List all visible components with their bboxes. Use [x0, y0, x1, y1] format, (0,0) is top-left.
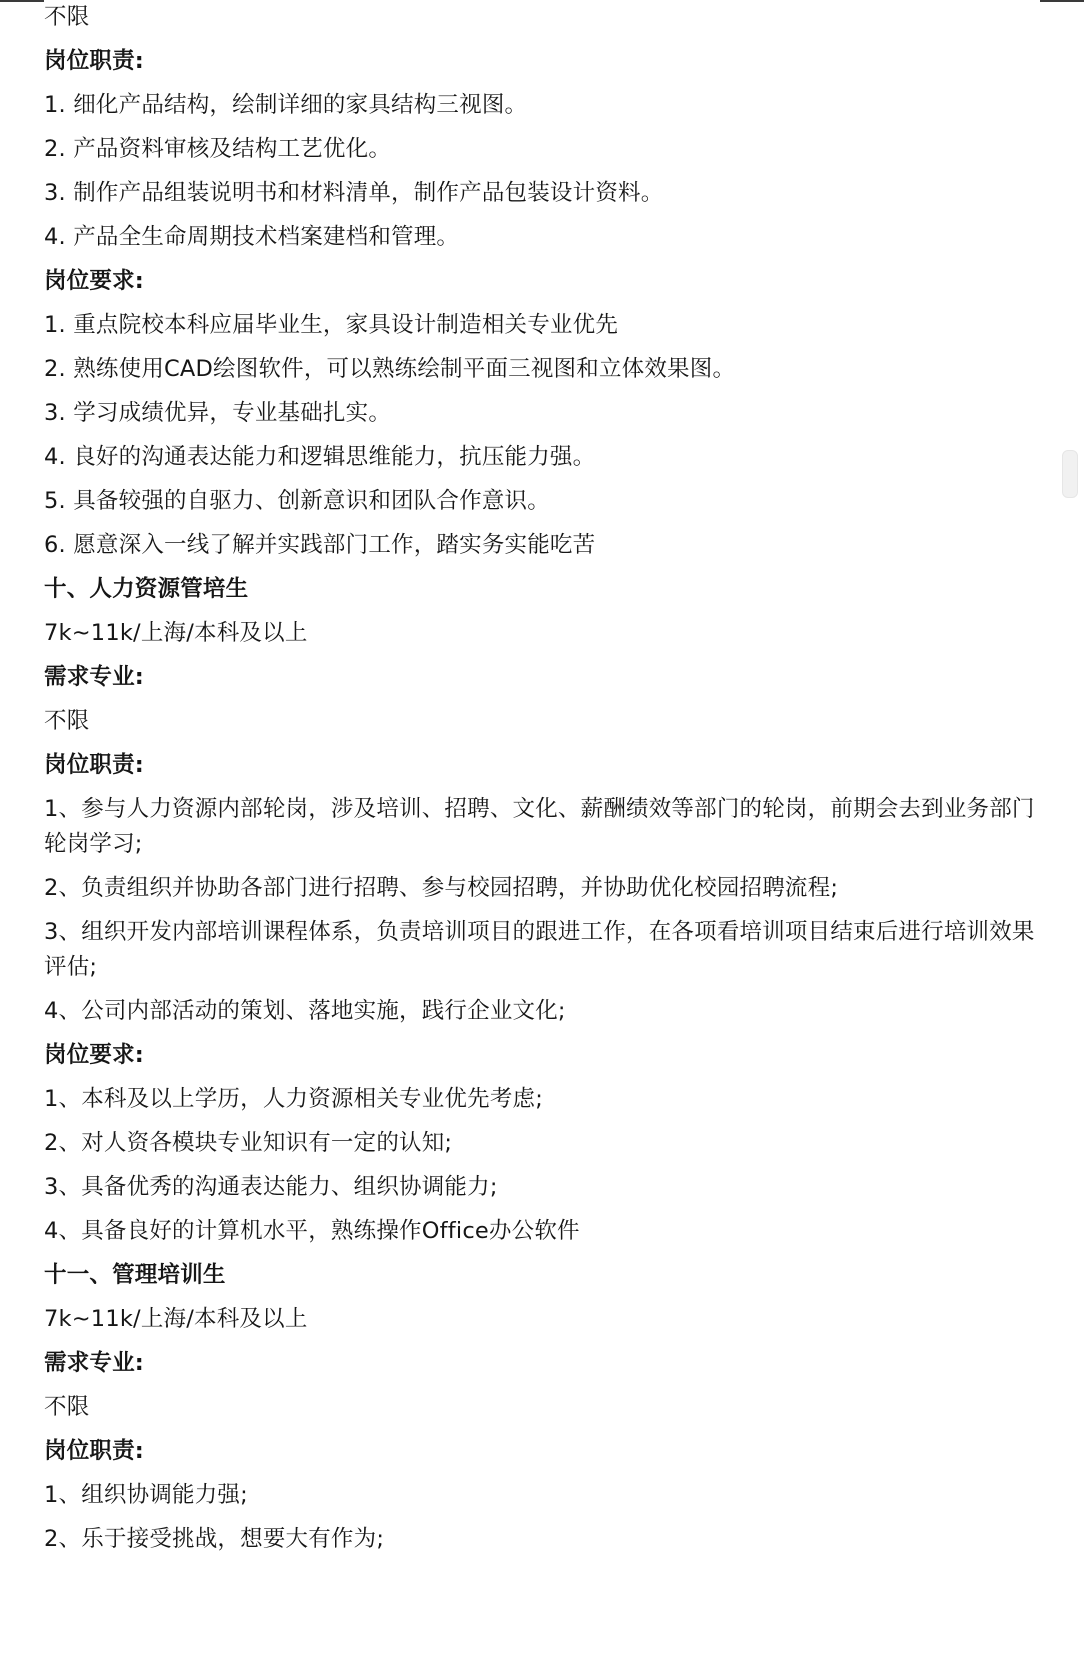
section-label-duties: 岗位职责: [44, 748, 1044, 783]
requirement-item: 3、具备优秀的沟通表达能力、组织协调能力; [44, 1170, 1044, 1205]
major-value: 不限 [44, 704, 1044, 739]
major-value: 不限 [44, 1390, 1044, 1425]
section-label-major: 需求专业: [44, 1346, 1044, 1381]
duty-item: 1. 细化产品结构，绘制详细的家具结构三视图。 [44, 88, 1044, 123]
job-salary-location: 7k~11k/上海/本科及以上 [44, 616, 1044, 651]
duty-item: 1、参与人力资源内部轮岗，涉及培训、招聘、文化、薪酬绩效等部门的轮岗，前期会去到… [44, 792, 1044, 862]
job-posting-document: 不限 岗位职责: 1. 细化产品结构，绘制详细的家具结构三视图。 2. 产品资料… [44, 0, 1044, 1566]
job-salary-location: 7k~11k/上海/本科及以上 [44, 1302, 1044, 1337]
duty-item: 4、公司内部活动的策划、落地实施，践行企业文化; [44, 994, 1044, 1029]
job-title-management-trainee: 十一、管理培训生 [44, 1258, 1044, 1293]
job-title-hr-trainee: 十、人力资源管培生 [44, 572, 1044, 607]
scrollbar-thumb[interactable] [1062, 450, 1078, 498]
top-edge-divider-left [0, 0, 44, 2]
requirement-item: 2、对人资各模块专业知识有一定的认知; [44, 1126, 1044, 1161]
top-edge-divider-right [1040, 0, 1084, 2]
section-label-requirements: 岗位要求: [44, 1038, 1044, 1073]
duty-item: 2、负责组织并协助各部门进行招聘、参与校园招聘，并协助优化校园招聘流程; [44, 871, 1044, 906]
requirement-item: 2. 熟练使用CAD绘图软件，可以熟练绘制平面三视图和立体效果图。 [44, 352, 1044, 387]
requirement-item: 1、本科及以上学历，人力资源相关专业优先考虑; [44, 1082, 1044, 1117]
requirement-item: 5. 具备较强的自驱力、创新意识和团队合作意识。 [44, 484, 1044, 519]
section-label-major: 需求专业: [44, 660, 1044, 695]
requirement-item: 4、具备良好的计算机水平，熟练操作Office办公软件 [44, 1214, 1044, 1249]
section-label-requirements: 岗位要求: [44, 264, 1044, 299]
duty-item: 2、乐于接受挑战，想要大有作为; [44, 1522, 1044, 1557]
requirement-item: 1. 重点院校本科应届毕业生，家具设计制造相关专业优先 [44, 308, 1044, 343]
duty-item: 3. 制作产品组装说明书和材料清单，制作产品包装设计资料。 [44, 176, 1044, 211]
requirement-item: 4. 良好的沟通表达能力和逻辑思维能力，抗压能力强。 [44, 440, 1044, 475]
section-label-duties: 岗位职责: [44, 44, 1044, 79]
duty-item: 4. 产品全生命周期技术档案建档和管理。 [44, 220, 1044, 255]
duty-item: 2. 产品资料审核及结构工艺优化。 [44, 132, 1044, 167]
major-value: 不限 [44, 0, 1044, 35]
section-label-duties: 岗位职责: [44, 1434, 1044, 1469]
duty-item: 3、组织开发内部培训课程体系，负责培训项目的跟进工作，在各项看培训项目结束后进行… [44, 915, 1044, 985]
duty-item: 1、组织协调能力强; [44, 1478, 1044, 1513]
requirement-item: 6. 愿意深入一线了解并实践部门工作，踏实务实能吃苦 [44, 528, 1044, 563]
requirement-item: 3. 学习成绩优异，专业基础扎实。 [44, 396, 1044, 431]
